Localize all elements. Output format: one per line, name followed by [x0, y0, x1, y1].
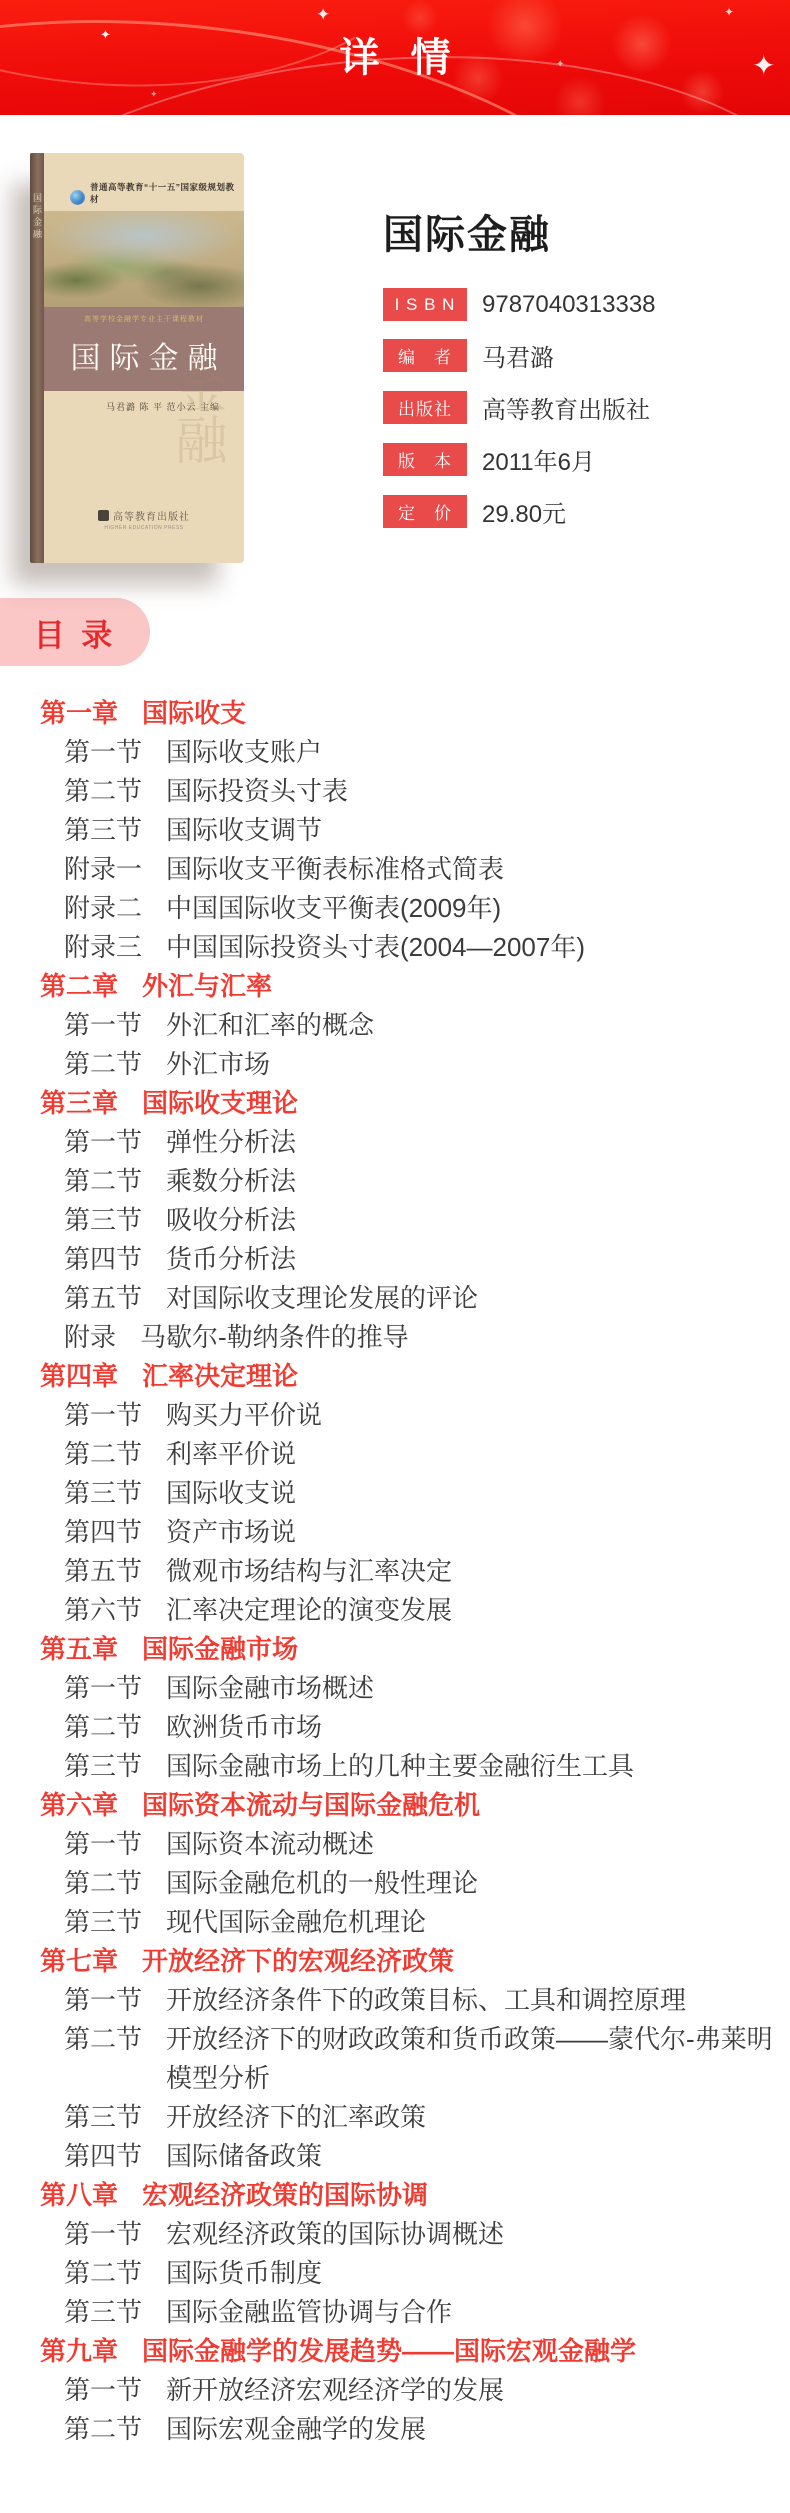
toc-item-title: 国际金融市场 — [142, 1630, 776, 1669]
toc-item-label: 第三节 — [64, 1201, 142, 1240]
toc-section-row: 第一节 外汇和汇率的概念 — [40, 1006, 776, 1045]
toc-item-label: 第一节 — [64, 1123, 142, 1162]
toc-item-title: 国际货币制度 — [166, 2254, 776, 2293]
toc-item-label: 第一节 — [64, 2215, 142, 2254]
toc-item-label: 第九章 — [40, 2332, 118, 2371]
toc-chapter-row: 第一章 国际收支 — [40, 694, 776, 733]
toc-item-title: 国际收支说 — [166, 1474, 776, 1513]
page-title: 详 情 — [0, 26, 790, 83]
toc-section-row: 第三节 国际收支调节 — [40, 811, 776, 850]
toc-section-row: 附录 马歇尔-勒纳条件的推导 — [40, 1318, 776, 1357]
toc-item-label: 第四节 — [64, 2137, 142, 2176]
toc-item-title: 开放经济下的宏观经济政策 — [142, 1942, 776, 1981]
toc-item-label: 第四节 — [64, 1513, 142, 1552]
toc-item-label: 第五章 — [40, 1630, 118, 1669]
toc-list: 第一章 国际收支 第一节 国际收支账户 第二节 国际投资头寸表 第三节 国际收支… — [0, 666, 790, 2479]
toc-item-title: 国际收支平衡表标准格式简表 — [166, 850, 776, 889]
toc-item-label: 第四章 — [40, 1357, 118, 1396]
toc-item-title: 中国国际投资头寸表(2004—2007年) — [166, 928, 776, 967]
toc-item-label: 第一节 — [64, 2371, 142, 2410]
toc-item-label: 第二节 — [64, 1045, 142, 1084]
toc-item-label: 第二章 — [40, 967, 118, 1006]
toc-item-label: 附录二 — [64, 889, 142, 928]
meta-label-badge: 出版社 — [383, 391, 467, 424]
toc-section-row: 第二节 外汇市场 — [40, 1045, 776, 1084]
cover-band-subtitle: 高等学校金融学专业主干课程教材 — [44, 307, 244, 324]
toc-section-row: 第一节 国际收支账户 — [40, 733, 776, 772]
toc-item-title: 中国国际收支平衡表(2009年) — [166, 889, 776, 928]
sparkle-icon — [150, 90, 158, 99]
cover-painting — [44, 211, 244, 307]
toc-item-title: 利率平价说 — [166, 1435, 776, 1474]
toc-item-label: 第三节 — [64, 2293, 142, 2332]
meta-label-badge: 编 者 — [383, 339, 467, 372]
series-logo-icon — [70, 190, 85, 205]
toc-item-title: 对国际收支理论发展的评论 — [166, 1279, 776, 1318]
toc-section-row: 附录三 中国国际投资头寸表(2004—2007年) — [40, 928, 776, 967]
toc-item-title: 宏观经济政策的国际协调 — [142, 2176, 776, 2215]
toc-item-label: 第八章 — [40, 2176, 118, 2215]
toc-section-row: 第三节 吸收分析法 — [40, 1201, 776, 1240]
toc-section-row: 第五节 对国际收支理论发展的评论 — [40, 1279, 776, 1318]
meta-value: 9787040313338 — [482, 291, 656, 319]
toc-item-title: 国际资本流动与国际金融危机 — [142, 1786, 776, 1825]
toc-item-title: 开放经济下的财政政策和货币政策——蒙代尔-弗莱明模型分析 — [166, 2020, 776, 2098]
toc-item-label: 第四节 — [64, 1240, 142, 1279]
toc-section-row: 第一节 国际资本流动概述 — [40, 1825, 776, 1864]
publisher-logo-icon — [98, 510, 109, 521]
book-info: 国际金融 I S B N 9787040313338 编 者 马君潞 出版社 高… — [383, 115, 790, 529]
cover-publisher: 高等教育出版社 HIGHER EDUCATION PRESS — [44, 508, 244, 531]
cover-watermark: 金融 — [159, 361, 234, 465]
toc-item-title: 购买力平价说 — [166, 1396, 776, 1435]
toc-item-label: 第二节 — [64, 1864, 142, 1903]
toc-section-row: 第一节 国际金融市场概述 — [40, 1669, 776, 1708]
toc-section-row: 第二节 国际投资头寸表 — [40, 772, 776, 811]
meta-value: 2011年6月 — [482, 442, 595, 477]
detail-page: 详 情 国际金融 普通高等教育“十一五”国家级规划教材 高等学校金融学专业主干课… — [0, 0, 790, 2513]
toc-item-title: 乘数分析法 — [166, 1162, 776, 1201]
toc-section-row: 第一节 开放经济条件下的政策目标、工具和调控原理 — [40, 1981, 776, 2020]
toc-section-row: 第六节 汇率决定理论的演变发展 — [40, 1591, 776, 1630]
book-spine: 国际金融 — [30, 153, 44, 563]
toc-section-row: 第三节 开放经济下的汇率政策 — [40, 2098, 776, 2137]
toc-item-title: 国际投资头寸表 — [166, 772, 776, 811]
toc-item-title: 宏观经济政策的国际协调概述 — [166, 2215, 776, 2254]
toc-section-row: 第二节 开放经济下的财政政策和货币政策——蒙代尔-弗莱明模型分析 — [40, 2020, 776, 2098]
meta-value: 马君潞 — [482, 338, 554, 373]
toc-item-label: 第二节 — [64, 1162, 142, 1201]
toc-item-title: 国际金融危机的一般性理论 — [166, 1864, 776, 1903]
toc-item-label: 第五节 — [64, 1279, 142, 1318]
toc-item-title: 国际金融市场概述 — [166, 1669, 776, 1708]
toc-item-title: 新开放经济宏观经济学的发展 — [166, 2371, 776, 2410]
toc-chapter-row: 第四章 汇率决定理论 — [40, 1357, 776, 1396]
toc-item-title: 外汇与汇率 — [142, 967, 776, 1006]
toc-item-label: 第三节 — [64, 1747, 142, 1786]
toc-section-row: 第三节 国际金融市场上的几种主要金融衍生工具 — [40, 1747, 776, 1786]
toc-section-row: 第四节 国际储备政策 — [40, 2137, 776, 2176]
toc-item-title: 欧洲货币市场 — [166, 1708, 776, 1747]
toc-item-title: 国际收支账户 — [166, 733, 776, 772]
toc-section-row: 第五节 微观市场结构与汇率决定 — [40, 1552, 776, 1591]
toc-item-label: 第二节 — [64, 2020, 142, 2059]
book-title: 国际金融 — [383, 203, 790, 260]
toc-section-row: 第一节 新开放经济宏观经济学的发展 — [40, 2371, 776, 2410]
toc-item-label: 第一节 — [64, 1981, 142, 2020]
toc-item-title: 现代国际金融危机理论 — [166, 1903, 776, 1942]
cover-series-row: 普通高等教育“十一五”国家级规划教材 — [44, 153, 244, 211]
toc-chapter-row: 第二章 外汇与汇率 — [40, 967, 776, 1006]
cover-lower-area: 马君潞 陈 平 范小云 主编 金融 高等教育出版社 HIGHER EDUCATI… — [44, 391, 244, 563]
toc-item-title: 汇率决定理论 — [142, 1357, 776, 1396]
toc-item-title: 国际资本流动概述 — [166, 1825, 776, 1864]
toc-item-label: 第六章 — [40, 1786, 118, 1825]
book-meta-row: 编 者 马君潞 — [383, 338, 790, 373]
toc-section-row: 附录二 中国国际收支平衡表(2009年) — [40, 889, 776, 928]
toc-item-title: 国际收支 — [142, 694, 776, 733]
toc-item-label: 第三节 — [64, 2098, 142, 2137]
toc-section-row: 第二节 乘数分析法 — [40, 1162, 776, 1201]
toc-item-label: 附录一 — [64, 850, 142, 889]
toc-item-label: 第五节 — [64, 1552, 142, 1591]
toc-chapter-row: 第九章 国际金融学的发展趋势——国际宏观金融学 — [40, 2332, 776, 2371]
toc-item-label: 第三节 — [64, 1903, 142, 1942]
toc-section-row: 第三节 国际收支说 — [40, 1474, 776, 1513]
toc-chapter-row: 第七章 开放经济下的宏观经济政策 — [40, 1942, 776, 1981]
meta-value: 高等教育出版社 — [482, 390, 650, 425]
product-section: 国际金融 普通高等教育“十一五”国家级规划教材 高等学校金融学专业主干课程教材 … — [0, 115, 790, 570]
book-meta-list: I S B N 9787040313338 编 者 马君潞 出版社 高等教育出版… — [383, 288, 790, 529]
toc-item-label: 第一章 — [40, 694, 118, 733]
toc-item-title: 国际收支理论 — [142, 1084, 776, 1123]
toc-item-title: 国际宏观金融学的发展 — [166, 2410, 776, 2449]
toc-item-label: 第一节 — [64, 1396, 142, 1435]
toc-item-title: 国际收支调节 — [166, 811, 776, 850]
toc-item-title: 资产市场说 — [166, 1513, 776, 1552]
toc-section-row: 第一节 购买力平价说 — [40, 1396, 776, 1435]
toc-section-row: 第二节 欧洲货币市场 — [40, 1708, 776, 1747]
toc-section-row: 第四节 货币分析法 — [40, 1240, 776, 1279]
publisher-name: 高等教育出版社 — [113, 508, 190, 523]
toc-item-title: 国际金融学的发展趋势——国际宏观金融学 — [142, 2332, 776, 2371]
toc-item-label: 第二节 — [64, 2410, 142, 2449]
book-meta-row: I S B N 9787040313338 — [383, 288, 790, 321]
toc-item-label: 附录三 — [64, 928, 142, 967]
toc-item-label: 第三章 — [40, 1084, 118, 1123]
toc-item-label: 附录 — [64, 1318, 116, 1357]
toc-section-row: 第三节 国际金融监管协调与合作 — [40, 2293, 776, 2332]
toc-item-label: 第一节 — [64, 1669, 142, 1708]
toc-item-label: 第二节 — [64, 1708, 142, 1747]
toc-item-title: 弹性分析法 — [166, 1123, 776, 1162]
meta-value: 29.80元 — [482, 494, 566, 529]
meta-label-badge: 定 价 — [383, 495, 467, 528]
sparkle-icon — [316, 6, 330, 23]
book-meta-row: 版 本 2011年6月 — [383, 442, 790, 477]
toc-item-title: 国际金融监管协调与合作 — [166, 2293, 776, 2332]
toc-chapter-row: 第五章 国际金融市场 — [40, 1630, 776, 1669]
sparkle-icon — [724, 6, 734, 18]
toc-item-title: 开放经济条件下的政策目标、工具和调控原理 — [166, 1981, 776, 2020]
toc-item-title: 汇率决定理论的演变发展 — [166, 1591, 776, 1630]
toc-section-row: 第二节 国际货币制度 — [40, 2254, 776, 2293]
toc-item-title: 外汇和汇率的概念 — [166, 1006, 776, 1045]
toc-item-title: 马歇尔-勒纳条件的推导 — [140, 1318, 776, 1357]
toc-item-title: 吸收分析法 — [166, 1201, 776, 1240]
toc-section-row: 第二节 国际宏观金融学的发展 — [40, 2410, 776, 2449]
toc-item-label: 第二节 — [64, 1435, 142, 1474]
book-meta-row: 定 价 29.80元 — [383, 494, 790, 529]
toc-item-label: 第二节 — [64, 2254, 142, 2293]
toc-section-row: 第四节 资产市场说 — [40, 1513, 776, 1552]
meta-label-badge: I S B N — [383, 288, 467, 321]
toc-item-label: 第一节 — [64, 1006, 142, 1045]
toc-item-label: 第三节 — [64, 811, 142, 850]
toc-item-title: 货币分析法 — [166, 1240, 776, 1279]
toc-item-label: 第一节 — [64, 1825, 142, 1864]
toc-item-label: 第六节 — [64, 1591, 142, 1630]
toc-item-title: 国际金融市场上的几种主要金融衍生工具 — [166, 1747, 776, 1786]
book-meta-row: 出版社 高等教育出版社 — [383, 390, 790, 425]
meta-label-badge: 版 本 — [383, 443, 467, 476]
cover-series-text: 普通高等教育“十一五”国家级规划教材 — [90, 181, 238, 205]
toc-section-row: 附录一 国际收支平衡表标准格式简表 — [40, 850, 776, 889]
toc-section-row: 第二节 利率平价说 — [40, 1435, 776, 1474]
toc-chapter-row: 第八章 宏观经济政策的国际协调 — [40, 2176, 776, 2215]
book-front-cover: 普通高等教育“十一五”国家级规划教材 高等学校金融学专业主干课程教材 国际金融 … — [44, 153, 244, 563]
toc-heading: 目 录 — [0, 598, 150, 666]
toc-item-title: 开放经济下的汇率政策 — [166, 2098, 776, 2137]
toc-chapter-row: 第六章 国际资本流动与国际金融危机 — [40, 1786, 776, 1825]
toc-item-title: 微观市场结构与汇率决定 — [166, 1552, 776, 1591]
toc-item-title: 外汇市场 — [166, 1045, 776, 1084]
publisher-name-en: HIGHER EDUCATION PRESS — [44, 525, 244, 531]
toc-item-label: 第二节 — [64, 772, 142, 811]
toc-item-label: 第一节 — [64, 733, 142, 772]
toc-item-title: 国际储备政策 — [166, 2137, 776, 2176]
toc-item-label: 第七章 — [40, 1942, 118, 1981]
toc-section-row: 第一节 宏观经济政策的国际协调概述 — [40, 2215, 776, 2254]
toc-item-label: 第三节 — [64, 1474, 142, 1513]
toc-section-row: 第一节 弹性分析法 — [40, 1123, 776, 1162]
detail-banner: 详 情 — [0, 0, 790, 115]
toc-section-row: 第三节 现代国际金融危机理论 — [40, 1903, 776, 1942]
book-cover-image: 国际金融 普通高等教育“十一五”国家级规划教材 高等学校金融学专业主干课程教材 … — [30, 153, 244, 563]
toc-chapter-row: 第三章 国际收支理论 — [40, 1084, 776, 1123]
toc-section-row: 第二节 国际金融危机的一般性理论 — [40, 1864, 776, 1903]
